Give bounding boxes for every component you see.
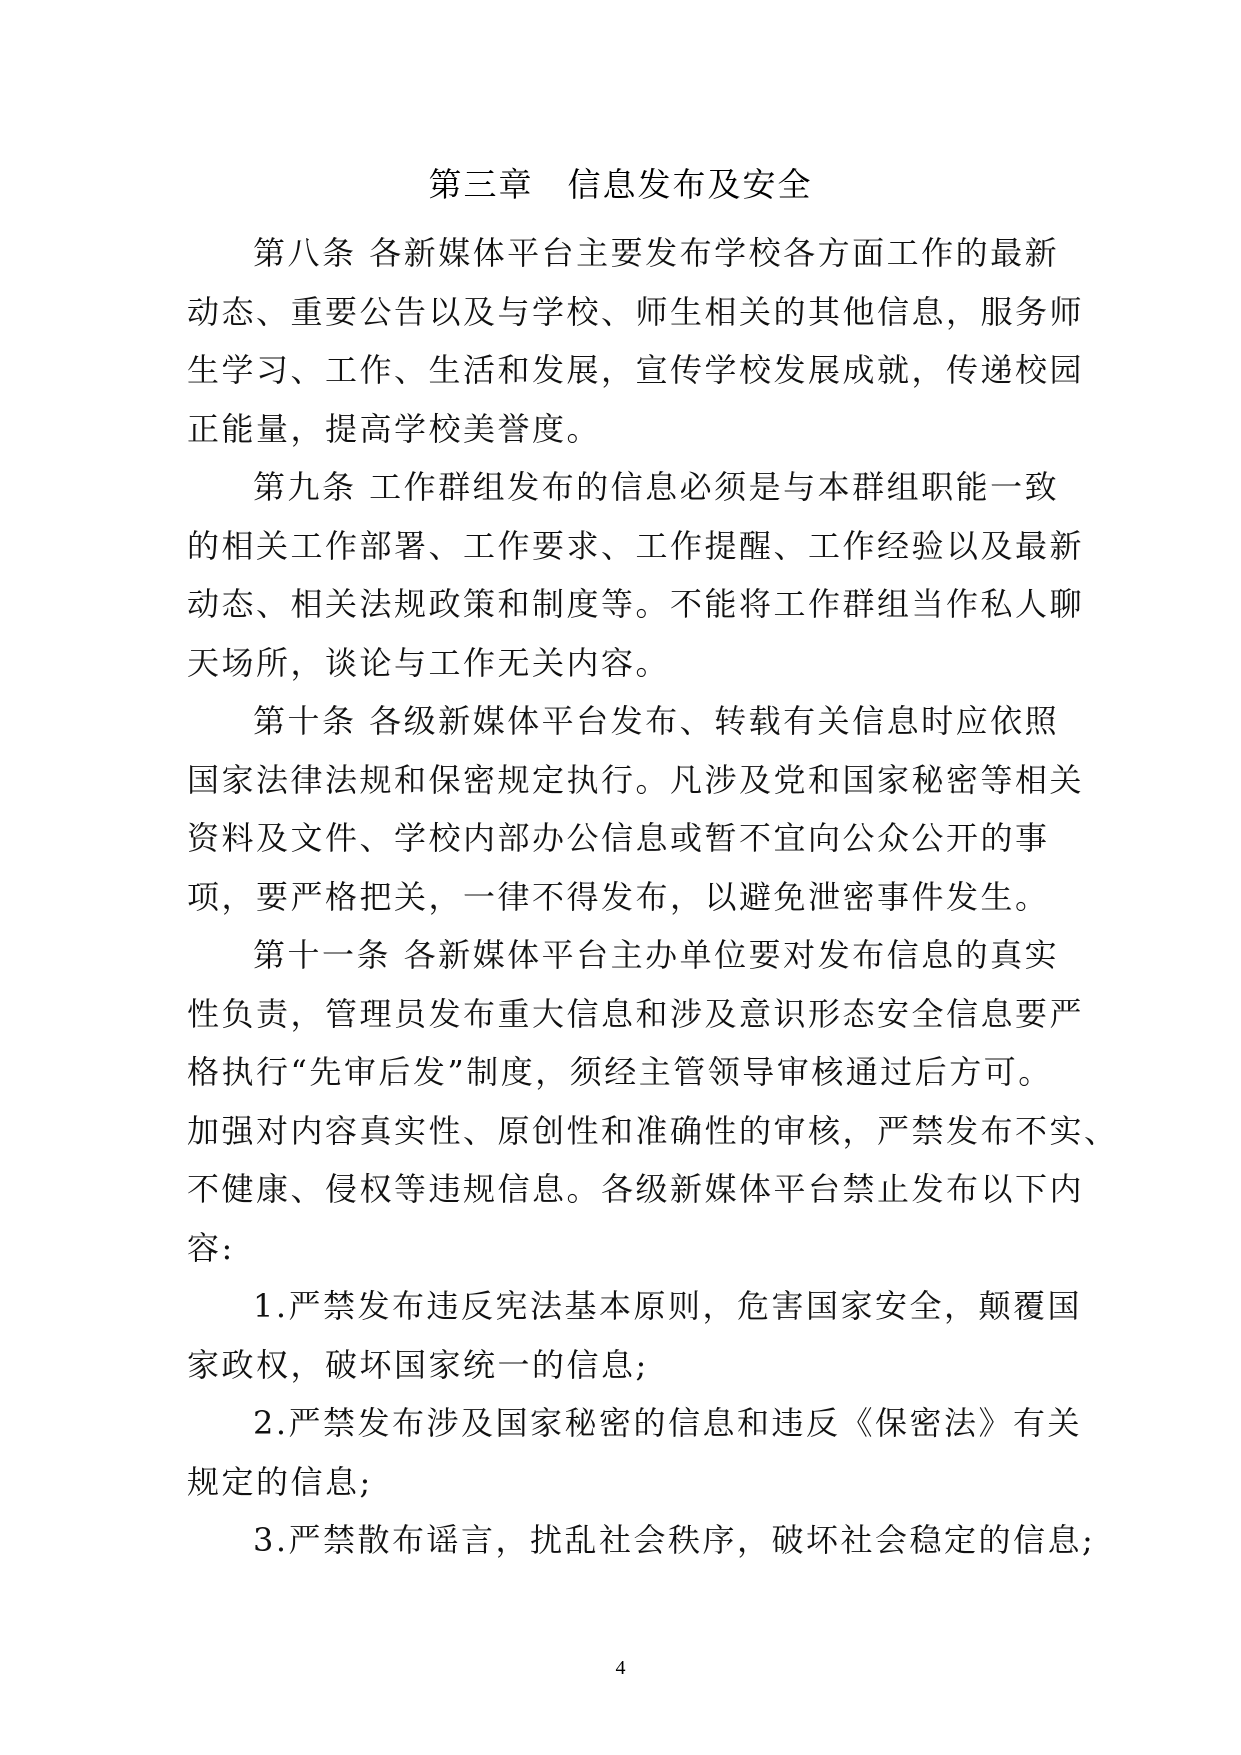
text-line: 1.严禁发布违反宪法基本原则，危害国家安全，颠覆国 bbox=[187, 1277, 1047, 1336]
text-line: 第九条 工作群组发布的信息必须是与本群组职能一致 bbox=[187, 458, 1047, 517]
text-line: 家政权，破坏国家统一的信息; bbox=[187, 1336, 1047, 1395]
text-line: 第十一条 各新媒体平台主办单位要对发布信息的真实 bbox=[187, 926, 1047, 985]
text-line: 动态、重要公告以及与学校、师生相关的其他信息，服务师 bbox=[187, 283, 1047, 342]
text-line: 容: bbox=[187, 1219, 1047, 1278]
text-line: 格执行“先审后发”制度，须经主管领导审核通过后方可。 bbox=[187, 1043, 1047, 1102]
text-line: 规定的信息; bbox=[187, 1453, 1047, 1512]
document-page: 第三章信息发布及安全 第八条 各新媒体平台主要发布学校各方面工作的最新 动态、重… bbox=[0, 0, 1241, 1755]
chapter-number: 第三章 bbox=[429, 165, 534, 204]
chapter-heading: 第三章信息发布及安全 bbox=[0, 163, 1241, 207]
text-line: 不健康、侵权等违规信息。各级新媒体平台禁止发布以下内 bbox=[187, 1160, 1047, 1219]
text-line: 天场所，谈论与工作无关内容。 bbox=[187, 634, 1047, 693]
text-line: 资料及文件、学校内部办公信息或暂不宜向公众公开的事 bbox=[187, 809, 1047, 868]
text-line: 第八条 各新媒体平台主要发布学校各方面工作的最新 bbox=[187, 224, 1047, 283]
text-line: 国家法律法规和保密规定执行。凡涉及党和国家秘密等相关 bbox=[187, 751, 1047, 810]
text-line: 加强对内容真实性、原创性和准确性的审核，严禁发布不实、 bbox=[187, 1102, 1047, 1161]
chapter-title: 信息发布及安全 bbox=[568, 165, 813, 204]
body-text: 第八条 各新媒体平台主要发布学校各方面工作的最新 动态、重要公告以及与学校、师生… bbox=[187, 224, 1047, 1570]
text-line: 第十条 各级新媒体平台发布、转载有关信息时应依照 bbox=[187, 692, 1047, 751]
page-number: 4 bbox=[0, 1657, 1241, 1680]
text-line: 生学习、工作、生活和发展，宣传学校发展成就，传递校园 bbox=[187, 341, 1047, 400]
text-line: 动态、相关法规政策和制度等。不能将工作群组当作私人聊 bbox=[187, 575, 1047, 634]
text-line: 2.严禁发布涉及国家秘密的信息和违反《保密法》有关 bbox=[187, 1394, 1047, 1453]
text-line: 3.严禁散布谣言，扰乱社会秩序，破坏社会稳定的信息; bbox=[187, 1511, 1047, 1570]
text-line: 正能量，提高学校美誉度。 bbox=[187, 400, 1047, 459]
text-line: 项，要严格把关，一律不得发布，以避免泄密事件发生。 bbox=[187, 868, 1047, 927]
text-line: 的相关工作部署、工作要求、工作提醒、工作经验以及最新 bbox=[187, 517, 1047, 576]
text-line: 性负责，管理员发布重大信息和涉及意识形态安全信息要严 bbox=[187, 985, 1047, 1044]
